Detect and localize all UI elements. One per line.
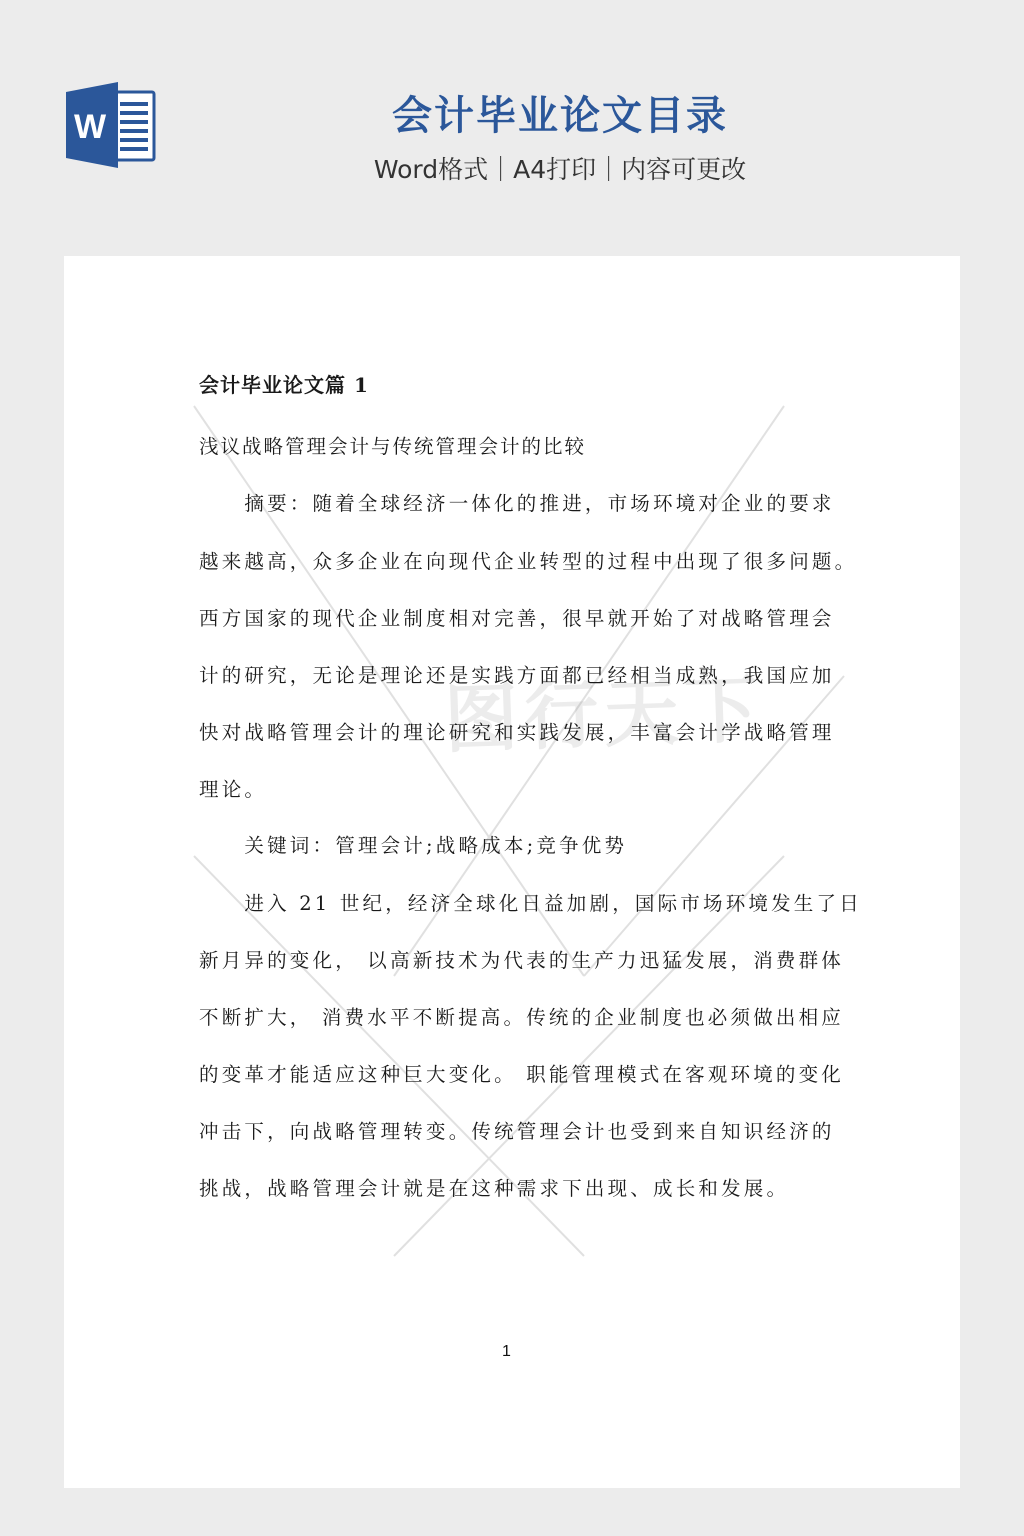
paragraph-line: 冲击下，向战略管理转变。传统管理会计也受到来自知识经济的 [199,1117,835,1147]
paragraph-line: 理论。 [199,775,267,805]
svg-text:W: W [74,108,107,146]
keywords-line: 关键词：管理会计;战略成本;竞争优势 [199,831,627,861]
page-title: 会计毕业论文目录 [300,88,820,144]
document-page: 图行天下 会计毕业论文篇 1 浅议战略管理会计与传统管理会计的比较 摘要：随着全… [64,256,960,1488]
article-title: 浅议战略管理会计与传统管理会计的比较 [199,432,586,462]
paragraph-line: 进入 21 世纪，经济全球化日益加剧，国际市场环境发生了日 [199,889,862,919]
paragraph-line: 西方国家的现代企业制度相对完善，很早就开始了对战略管理会 [199,604,835,634]
paragraph-line: 越来越高，众多企业在向现代企业转型的过程中出现了很多问题。 [199,547,857,577]
paragraph-line: 不断扩大， 消费水平不断提高。传统的企业制度也必须做出相应 [199,1003,844,1033]
page-subtitle: Word格式｜A4打印｜内容可更改 [300,150,820,190]
paragraph-line: 快对战略管理会计的理论研究和实践发展，丰富会计学战略管理 [199,718,835,748]
paragraph-line: 计的研究，无论是理论还是实践方面都已经相当成熟，我国应加 [199,661,835,691]
paragraph-line: 摘要：随着全球经济一体化的推进，市场环境对企业的要求 [199,489,835,519]
paragraph-line: 的变革才能适应这种巨大变化。 职能管理模式在客观环境的变化 [199,1060,844,1090]
paragraph-line: 新月异的变化， 以高新技术为代表的生产力迅猛发展，消费群体 [199,946,844,976]
section-heading: 会计毕业论文篇 1 [199,370,369,400]
word-document-icon: W [66,82,156,168]
paragraph-line: 挑战，战略管理会计就是在这种需求下出现、成长和发展。 [199,1174,789,1204]
page-number: 1 [502,1343,511,1361]
